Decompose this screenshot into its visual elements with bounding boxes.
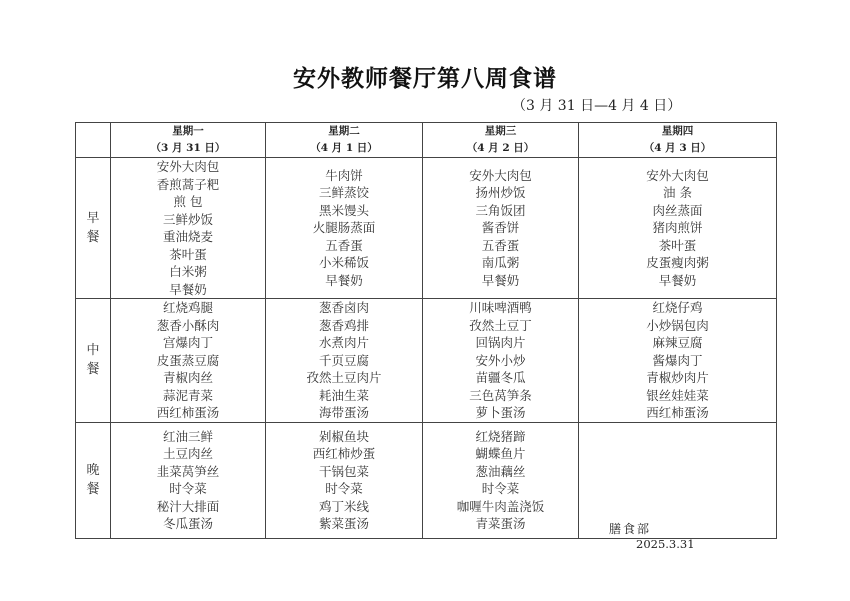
dish: 红烧猪蹄 (423, 428, 578, 446)
dish: 早餐奶 (423, 272, 578, 290)
dish: 三鲜炒饭 (111, 211, 265, 229)
meal-label-dinner: 晚 餐 (76, 422, 111, 538)
dish: 南瓜粥 (423, 254, 578, 272)
lunch-wed: 川味啤酒鸭 孜然土豆丁 回锅肉片 安外小炒 苗疆冬瓜 三色莴笋条 萝卜蛋汤 (423, 299, 579, 423)
dinner-wed: 红烧猪蹄 蝴蝶鱼片 葱油藕丝 时令菜 咖喱牛肉盖浇饭 青菜蛋汤 (423, 422, 579, 538)
dish: 土豆肉丝 (111, 445, 265, 463)
meal-label-char: 餐 (76, 228, 110, 247)
dish: 茶叶蛋 (111, 246, 265, 264)
dish: 黑米馒头 (266, 202, 422, 220)
dish: 蒜泥青菜 (111, 387, 265, 405)
dish: 回锅肉片 (423, 334, 578, 352)
date-label: （4 月 3 日） (579, 140, 776, 157)
lunch-mon: 红烧鸡腿 葱香小酥肉 宫爆肉丁 皮蛋蒸豆腐 青椒肉丝 蒜泥青菜 西红柿蛋汤 (111, 299, 266, 423)
meal-label-char: 早 (76, 209, 110, 228)
dish: 红烧仔鸡 (579, 299, 776, 317)
date-label: （4 月 2 日） (423, 140, 578, 157)
header-row: 星期一 （3 月 31 日） 星期二 （4 月 1 日） 星期三 （4 月 2 … (76, 123, 777, 158)
dish: 煎 包 (111, 193, 265, 211)
dish: 麻辣豆腐 (579, 334, 776, 352)
dish: 小炒锅包肉 (579, 317, 776, 335)
lunch-tue: 葱香卤肉 葱香鸡排 水煮肉片 千页豆腐 孜然土豆肉片 耗油生菜 海带蛋汤 (266, 299, 423, 423)
day-header-wed: 星期三 （4 月 2 日） (423, 123, 579, 158)
breakfast-mon: 安外大肉包 香煎蒿子粑 煎 包 三鲜炒饭 重油烧麦 茶叶蛋 白米粥 早餐奶 (111, 158, 266, 299)
dish: 青椒肉丝 (111, 369, 265, 387)
meal-label-char: 中 (76, 341, 110, 360)
dish: 安外大肉包 (579, 167, 776, 185)
dish: 扬州炒饭 (423, 184, 578, 202)
dish: 五香蛋 (266, 237, 422, 255)
day-header-tue: 星期二 （4 月 1 日） (266, 123, 423, 158)
breakfast-wed: 安外大肉包 扬州炒饭 三角饭团 酱香饼 五香蛋 南瓜粥 早餐奶 (423, 158, 579, 299)
dish: 西红柿蛋汤 (111, 404, 265, 422)
dish: 三色莴笋条 (423, 387, 578, 405)
dish: 早餐奶 (266, 272, 422, 290)
dish: 葱油藕丝 (423, 463, 578, 481)
lunch-row: 中 餐 红烧鸡腿 葱香小酥肉 宫爆肉丁 皮蛋蒸豆腐 青椒肉丝 蒜泥青菜 西红柿蛋… (76, 299, 777, 423)
dish: 早餐奶 (111, 281, 265, 299)
dish: 三鲜蒸饺 (266, 184, 422, 202)
weekday-label: 星期二 (266, 123, 422, 140)
dish: 红油三鲜 (111, 428, 265, 446)
date-label: （4 月 1 日） (266, 140, 422, 157)
breakfast-row: 早 餐 安外大肉包 香煎蒿子粑 煎 包 三鲜炒饭 重油烧麦 茶叶蛋 白米粥 早餐… (76, 158, 777, 299)
dish: 葱香鸡排 (266, 317, 422, 335)
dish: 韭菜莴笋丝 (111, 463, 265, 481)
dish: 重油烧麦 (111, 228, 265, 246)
dish: 宫爆肉丁 (111, 334, 265, 352)
breakfast-thu: 安外大肉包 油 条 肉丝蒸面 猪肉煎饼 茶叶蛋 皮蛋瘦肉粥 早餐奶 (579, 158, 777, 299)
dish: 剁椒鱼块 (266, 428, 422, 446)
lunch-thu: 红烧仔鸡 小炒锅包肉 麻辣豆腐 酱爆肉丁 青椒炒肉片 银丝娃娃菜 西红柿蛋汤 (579, 299, 777, 423)
dish: 安外大肉包 (423, 167, 578, 185)
dish: 时令菜 (111, 480, 265, 498)
dinner-mon: 红油三鲜 土豆肉丝 韭菜莴笋丝 时令菜 秘汁大排面 冬瓜蛋汤 (111, 422, 266, 538)
day-header-mon: 星期一 （3 月 31 日） (111, 123, 266, 158)
dish: 水煮肉片 (266, 334, 422, 352)
dish: 酱爆肉丁 (579, 352, 776, 370)
dish: 紫菜蛋汤 (266, 515, 422, 533)
dish: 皮蛋蒸豆腐 (111, 352, 265, 370)
dish: 苗疆冬瓜 (423, 369, 578, 387)
meal-label-char: 餐 (76, 360, 110, 379)
dish: 茶叶蛋 (579, 237, 776, 255)
dish: 肉丝蒸面 (579, 202, 776, 220)
dish: 油 条 (579, 184, 776, 202)
dish: 萝卜蛋汤 (423, 404, 578, 422)
dish: 蝴蝶鱼片 (423, 445, 578, 463)
dish: 干锅包菜 (266, 463, 422, 481)
meal-label-breakfast: 早 餐 (76, 158, 111, 299)
dish: 青椒炒肉片 (579, 369, 776, 387)
dish: 鸡丁米线 (266, 498, 422, 516)
dish: 时令菜 (266, 480, 422, 498)
dish: 三角饭团 (423, 202, 578, 220)
dish: 秘汁大排面 (111, 498, 265, 516)
dish: 孜然土豆丁 (423, 317, 578, 335)
day-header-thu: 星期四 （4 月 3 日） (579, 123, 777, 158)
meal-label-lunch: 中 餐 (76, 299, 111, 423)
breakfast-tue: 牛肉饼 三鲜蒸饺 黑米馒头 火腿肠蒸面 五香蛋 小米稀饭 早餐奶 (266, 158, 423, 299)
meal-label-char: 晚 (76, 461, 110, 480)
weekday-label: 星期四 (579, 123, 776, 140)
meal-label-char: 餐 (76, 480, 110, 499)
dish: 孜然土豆肉片 (266, 369, 422, 387)
weekday-label: 星期三 (423, 123, 578, 140)
dish: 千页豆腐 (266, 352, 422, 370)
dinner-tue: 剁椒鱼块 西红柿炒蛋 干锅包菜 时令菜 鸡丁米线 紫菜蛋汤 (266, 422, 423, 538)
menu-table: 星期一 （3 月 31 日） 星期二 （4 月 1 日） 星期三 （4 月 2 … (75, 122, 777, 539)
department-signature: 膳食部 (609, 520, 651, 537)
dish: 青菜蛋汤 (423, 515, 578, 533)
dish: 早餐奶 (579, 272, 776, 290)
dish: 香煎蒿子粑 (111, 176, 265, 194)
dish: 冬瓜蛋汤 (111, 515, 265, 533)
date-label: （3 月 31 日） (111, 140, 265, 157)
dish: 皮蛋瘦肉粥 (579, 254, 776, 272)
corner-cell (76, 123, 111, 158)
dish: 猪肉煎饼 (579, 219, 776, 237)
dish: 耗油生菜 (266, 387, 422, 405)
dish: 牛肉饼 (266, 167, 422, 185)
dish: 安外大肉包 (111, 158, 265, 176)
dish: 酱香饼 (423, 219, 578, 237)
dish: 咖喱牛肉盖浇饭 (423, 498, 578, 516)
dish: 白米粥 (111, 263, 265, 281)
dish: 五香蛋 (423, 237, 578, 255)
signature-date: 2025.3.31 (636, 537, 695, 551)
weekday-label: 星期一 (111, 123, 265, 140)
date-range: （3 月 31 日—4 月 4 日） (512, 95, 681, 115)
dish: 海带蛋汤 (266, 404, 422, 422)
dish: 红烧鸡腿 (111, 299, 265, 317)
dinner-row: 晚 餐 红油三鲜 土豆肉丝 韭菜莴笋丝 时令菜 秘汁大排面 冬瓜蛋汤 剁椒鱼块 … (76, 422, 777, 538)
dish: 小米稀饭 (266, 254, 422, 272)
dish: 时令菜 (423, 480, 578, 498)
dish: 火腿肠蒸面 (266, 219, 422, 237)
dish: 西红柿蛋汤 (579, 404, 776, 422)
dish: 川味啤酒鸭 (423, 299, 578, 317)
dish: 安外小炒 (423, 352, 578, 370)
dish: 葱香小酥肉 (111, 317, 265, 335)
page-title: 安外教师餐厅第八周食谱 (0, 60, 850, 93)
dish: 银丝娃娃菜 (579, 387, 776, 405)
dish: 葱香卤肉 (266, 299, 422, 317)
dish: 西红柿炒蛋 (266, 445, 422, 463)
